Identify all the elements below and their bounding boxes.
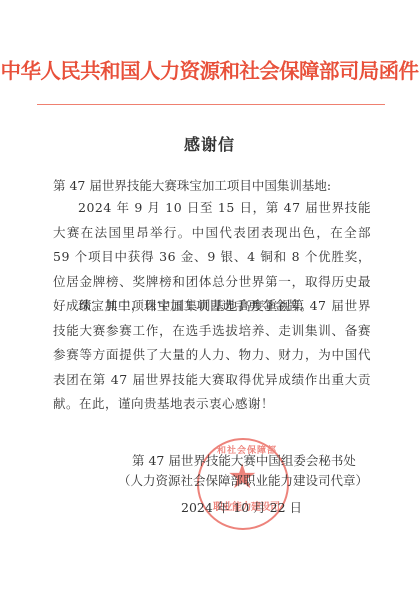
signature-organization: 第 47 届世界技能大赛中国组委会秘书处 [0,451,419,469]
paragraph-2: 珠宝加工项目中国集训基地高度重视第 47 届世界技能大赛参赛工作，在选手选拔培养… [53,294,371,417]
signature-date: 2024 年 10 月 22 日 [0,498,419,516]
letter-title: 感谢信 [0,132,419,155]
letterhead-title: 中华人民共和国人力资源和社会保障部司局函件 [0,58,419,84]
salutation: 第 47 届世界技能大赛珠宝加工项目中国集训基地: [53,176,331,194]
signature-proxy: （人力资源社会保障部职业能力建设司代章） [0,471,419,489]
letterhead-rule [37,104,385,105]
